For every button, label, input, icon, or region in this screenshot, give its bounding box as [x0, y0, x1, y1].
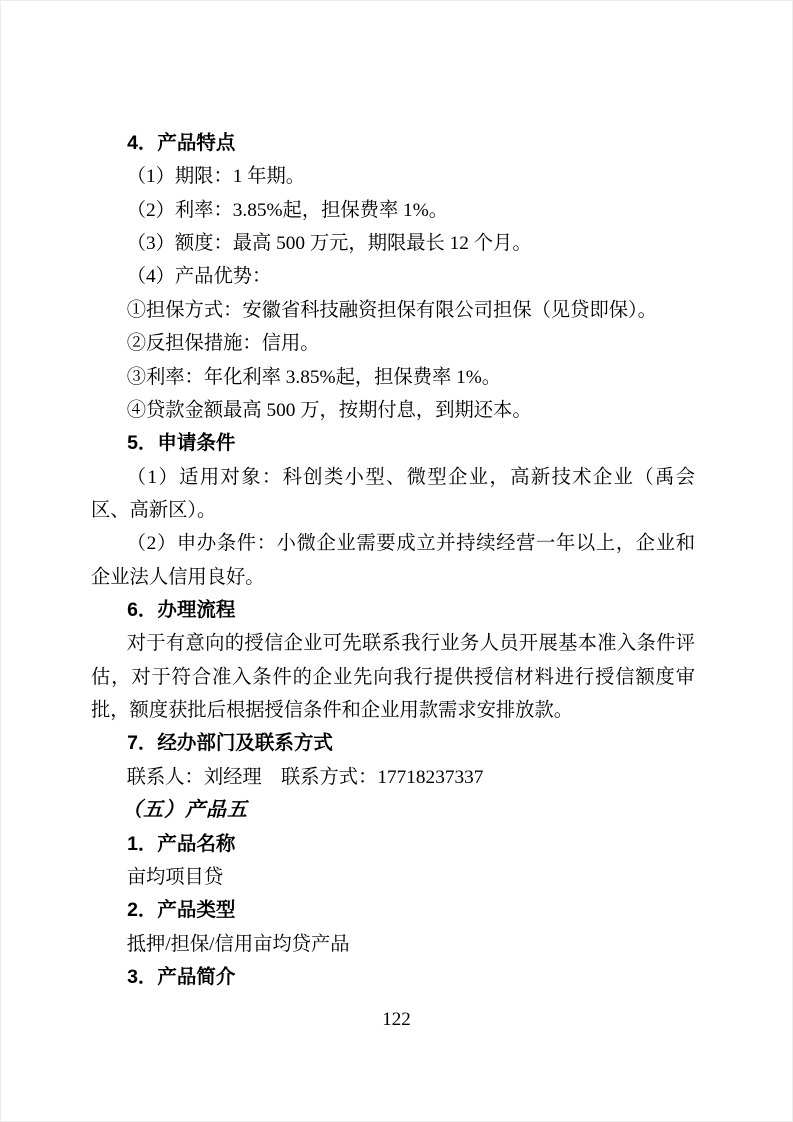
- feature-3-amount: （3）额度：最高 500 万元，期限最长 12 个月。: [91, 227, 695, 260]
- document-page: 4．产品特点（1）期限：1 年期。（2）利率：3.85%起，担保费率 1%。（3…: [0, 0, 793, 1122]
- heading-5-application-conditions: 5．申请条件: [91, 427, 695, 460]
- contact-info: 联系人：刘经理 联系方式：17718237337: [91, 761, 695, 794]
- condition-1-applicable-targets: （1）适用对象：科创类小型、微型企业，高新技术企业（禹会区、高新区）。: [91, 461, 695, 528]
- heading-product-five: （五）产品五: [91, 794, 695, 827]
- heading-1-product-name: 1．产品名称: [91, 828, 695, 861]
- page-number: 122: [1, 1003, 792, 1036]
- heading-2-product-type: 2．产品类型: [91, 894, 695, 927]
- product-name: 亩均项目贷: [91, 861, 695, 894]
- feature-2-rate: （2）利率：3.85%起，担保费率 1%。: [91, 194, 695, 227]
- heading-7-department-contact: 7．经办部门及联系方式: [91, 727, 695, 760]
- advantage-4-loan-amount: ④贷款金额最高 500 万，按期付息，到期还本。: [91, 394, 695, 427]
- feature-1-term: （1）期限：1 年期。: [91, 160, 695, 193]
- advantage-3-rate: ③利率：年化利率 3.85%起，担保费率 1%。: [91, 361, 695, 394]
- heading-4-product-features: 4．产品特点: [91, 127, 695, 160]
- advantage-1-guarantee-method: ①担保方式：安徽省科技融资担保有限公司担保（见贷即保）。: [91, 294, 695, 327]
- advantage-2-counter-guarantee: ②反担保措施：信用。: [91, 327, 695, 360]
- product-type: 抵押/担保/信用亩均贷产品: [91, 928, 695, 961]
- heading-6-handling-process: 6．办理流程: [91, 594, 695, 627]
- heading-3-product-intro: 3．产品简介: [91, 961, 695, 994]
- condition-2-application-requirements: （2）申办条件：小微企业需要成立并持续经营一年以上，企业和企业法人信用良好。: [91, 527, 695, 594]
- document-content: 4．产品特点（1）期限：1 年期。（2）利率：3.85%起，担保费率 1%。（3…: [91, 127, 695, 994]
- process-description: 对于有意向的授信企业可先联系我行业务人员开展基本准入条件评估，对于符合准入条件的…: [91, 627, 695, 727]
- feature-4-advantages-label: （4）产品优势：: [91, 260, 695, 293]
